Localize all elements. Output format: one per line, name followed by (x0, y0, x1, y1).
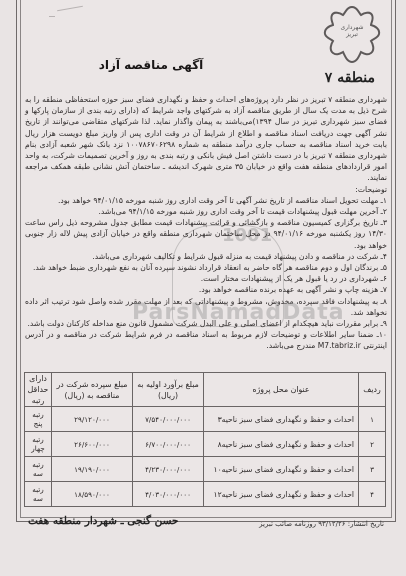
estimate-amount: ۴/۰۳۰/۰۰۰/۰۰۰ (133, 482, 204, 507)
min-grade: رتبه سه (25, 457, 52, 482)
table-row: ۴ احداث و حفظ و نگهداری فضای سبز ناحیه۱۲… (25, 482, 386, 507)
estimate-amount: ۷/۵۴۰/۰۰۰/۰۰۰ (133, 407, 204, 432)
row-no: ۴ (359, 482, 386, 507)
note-item: ۱ـ مهلت تحویل اسناد مناقصه از تاریخ نشر … (25, 195, 387, 206)
paper-speck (49, 16, 55, 17)
publish-date: تاریخ انتشار: ۹۳/۱۲/۲۶ روزنامه صائب تبری… (259, 520, 384, 528)
deposit-amount: ۱۸/۵۹۰/۰۰۰ (52, 482, 133, 507)
row-no: ۲ (359, 432, 386, 457)
estimate-amount: ۴/۲۳۰/۰۰۰/۰۰۰ (133, 457, 204, 482)
col-estimate: مبلغ برآورد اولیه به (ریال) (133, 373, 204, 407)
table-row: ۱ احداث و حفظ و نگهداری فضای سبز ناحیه۳ … (25, 407, 386, 432)
col-row-no: ردیف (359, 373, 386, 407)
note-item: ۷ـ هزینه چاپ و نشر آگهی به عهده برنده من… (25, 284, 387, 295)
watermark: ParsNamadData (132, 300, 345, 325)
note-item: ۵ـ برندگان اول و دوم مناقصه هر گاه حاضر … (25, 262, 387, 273)
estimate-amount: ۶/۷۰۰/۰۰۰/۰۰۰ (133, 432, 204, 457)
row-no: ۱ (359, 407, 386, 432)
projects-table: ردیف عنوان محل پروژه مبلغ برآورد اولیه ب… (24, 372, 386, 507)
project-title: احداث و حفظ و نگهداری فضای سبز ناحیه۱۰ (204, 457, 359, 482)
project-title: احداث و حفظ و نگهداری فضای سبز ناحیه۸ (204, 432, 359, 457)
col-deposit: مبلغ سپرده شرکت در مناقصه به (ریال) (52, 373, 133, 407)
municipality-logo: شهرداری تبریز منطقه ۷ (317, 4, 387, 82)
note-item: ۴ـ شرکت در مناقصه و دادن پیشنهاد قیمت به… (25, 251, 387, 262)
region-label: منطقه ۷ (325, 70, 375, 86)
min-grade: رتبه سه (25, 482, 52, 507)
note-item: ۱۰ـ ضمنا سایر اطلاعات و توضیحات لازم مرب… (25, 329, 387, 351)
notice-title: آگهی مناقصه آزاد (17, 58, 285, 72)
row-no: ۳ (359, 457, 386, 482)
col-project: عنوان محل پروژه (204, 373, 359, 407)
note-item: ۳ـ تاریخ برگزاری کمیسیون مناقصه و بازگشا… (25, 217, 387, 251)
table-row: ۳ احداث و حفظ و نگهداری فضای سبز ناحیه۱۰… (25, 457, 386, 482)
table-header-row: ردیف عنوان محل پروژه مبلغ برآورد اولیه ب… (25, 373, 386, 407)
col-grade: دارای حداقل رتبه (25, 373, 52, 407)
deposit-amount: ۲۹/۱۲۰/۰۰۰ (52, 407, 133, 432)
notes-heading: توضیحات: (25, 184, 387, 195)
deposit-amount: ۲۶/۶۰۰/۰۰۰ (52, 432, 133, 457)
deposit-amount: ۱۹/۱۹۰/۰۰۰ (52, 457, 133, 482)
min-grade: رتبه پنج (25, 407, 52, 432)
table-row: ۲ احداث و حفظ و نگهداری فضای سبز ناحیه۸ … (25, 432, 386, 457)
signature: حسن گنجی ـ شهردار منطقه هفت (28, 515, 179, 527)
project-title: احداث و حفظ و نگهداری فضای سبز ناحیه۳ (204, 407, 359, 432)
note-item: ۶ـ شهرداری در رد یا قبول هر یک از پیشنها… (25, 273, 387, 284)
project-title: احداث و حفظ و نگهداری فضای سبز ناحیه۱۲ (204, 482, 359, 507)
note-item: ۲ـ آخرین مهلت قبول پیشنهادات قیمت تا آخر… (25, 206, 387, 217)
logo-text: شهرداری تبریز (339, 24, 365, 38)
min-grade: رتبه چهار (25, 432, 52, 457)
intro-paragraph: شهرداری منطقه ۷ تبریز در نظر دارد پروژه‌… (25, 94, 387, 184)
